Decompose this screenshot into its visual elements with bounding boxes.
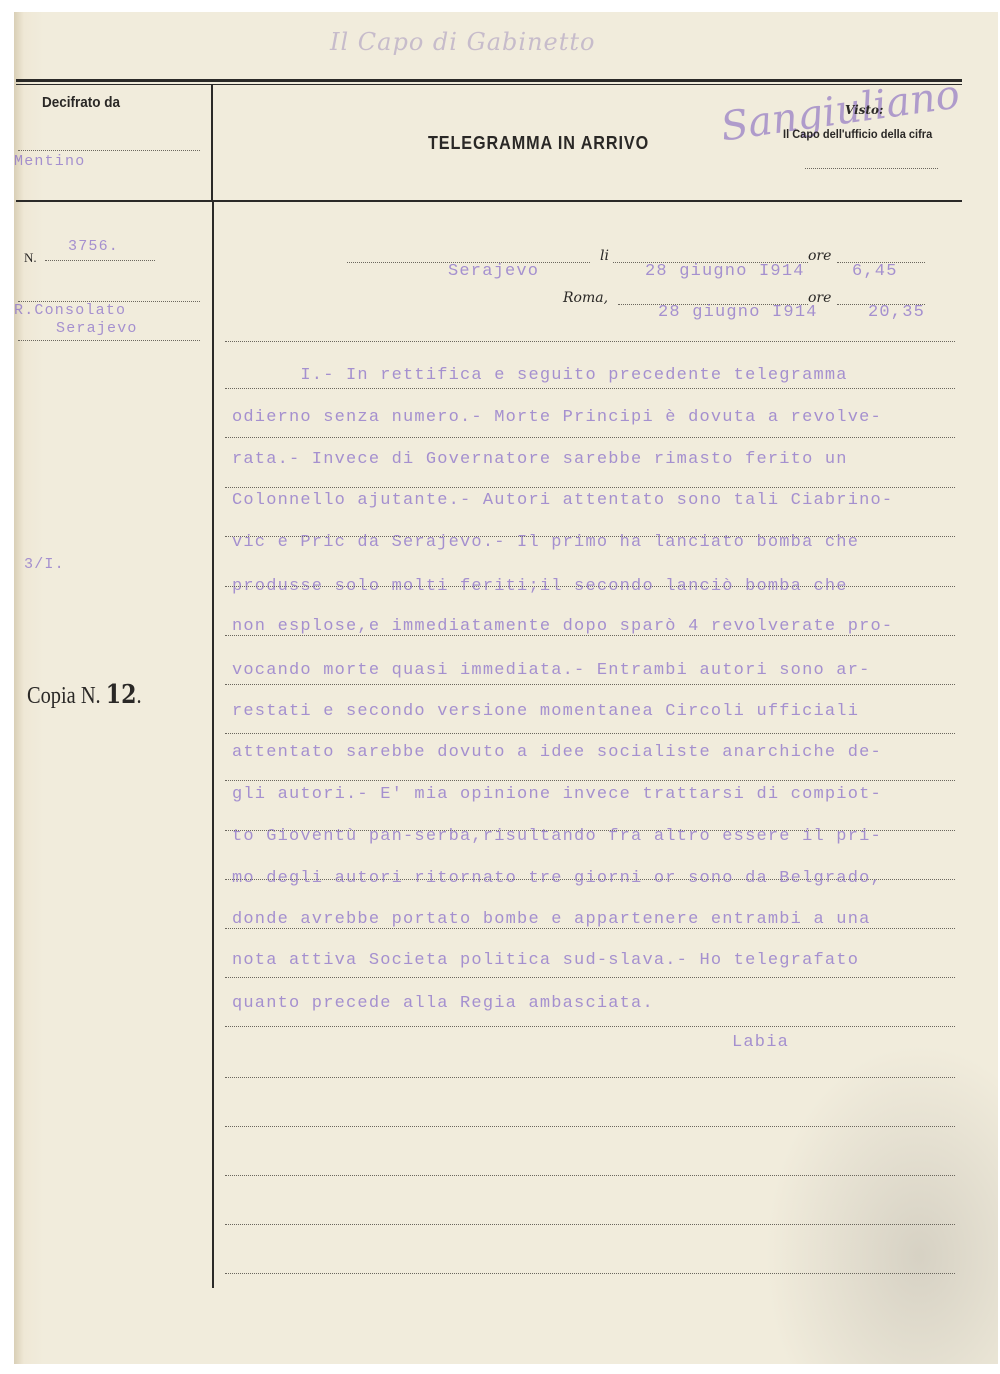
- body-line: odierno senza numero.- Morte Principi è …: [232, 408, 882, 427]
- header-body-separator: [225, 341, 955, 342]
- number-value: 3756.: [68, 238, 119, 255]
- arrival-date: 28 giugno I914: [658, 303, 818, 322]
- body-line: Colonnello ajutante.- Autori attentato s…: [232, 491, 893, 510]
- sender-line2: Serajevo: [56, 320, 138, 337]
- origin-ore-label: ore: [808, 248, 831, 264]
- copia-label: Copia N.: [27, 683, 101, 709]
- visto-label: Visto:: [845, 103, 883, 117]
- sender-line1: R.Consolato: [14, 302, 126, 319]
- body-line: nota attiva Societa politica sud-slava.-…: [232, 951, 859, 970]
- body-line: quanto precede alla Regia ambasciata.: [232, 994, 654, 1013]
- capo-signature-line: [805, 168, 938, 169]
- body-line: vocando morte quasi immediata.- Entrambi…: [232, 661, 871, 680]
- column-divider: [212, 202, 214, 1288]
- copia-number: Copia N. 12.: [27, 680, 142, 710]
- number-field-line: [45, 260, 155, 261]
- copia-value: 12: [106, 680, 137, 710]
- capo-ufficio-label: Il Capo dell'ufficio della cifra: [783, 127, 932, 141]
- form-title: TELEGRAMMA IN ARRIVO: [428, 133, 649, 154]
- decifrato-label: Decifrato da: [42, 94, 120, 111]
- arrival-ore-label: ore: [808, 290, 831, 306]
- origin-place: Serajevo: [448, 262, 539, 281]
- decifrato-field-line: [18, 150, 200, 151]
- body-line: I.- In rettifica e seguito precedente te…: [232, 366, 848, 385]
- arrival-time: 20,35: [868, 303, 925, 322]
- reference-code: 3/I.: [24, 556, 65, 573]
- header-bottom-rule: [16, 200, 962, 202]
- header-annotation: Il Capo di Gabinetto: [330, 28, 595, 56]
- header-divider: [211, 84, 213, 200]
- body-line: gli autori.- E' mia opinione invece trat…: [232, 785, 882, 804]
- body-line: rata.- Invece di Governatore sarebbe rim…: [232, 450, 848, 469]
- top-rule-thin: [16, 84, 962, 85]
- origin-date: 28 giugno I914: [645, 262, 805, 281]
- origin-time: 6,45: [852, 262, 898, 281]
- telegram-page: [14, 12, 998, 1364]
- sender-bottom-line: [18, 340, 200, 341]
- number-label: N.: [24, 250, 37, 266]
- body-line: donde avrebbe portato bombe e appartener…: [232, 910, 871, 929]
- signoff: Labia: [732, 1033, 789, 1052]
- arrival-place-label: Roma,: [563, 290, 608, 306]
- body-line: non esplose,e immediatamente dopo sparò …: [232, 617, 893, 636]
- decifrato-value: Mentino: [14, 153, 85, 170]
- li-label: li: [600, 248, 609, 264]
- body-line: restati e secondo versione momentanea Ci…: [232, 702, 859, 721]
- body-line: attentato sarebbe dovuto a idee socialis…: [232, 743, 882, 762]
- top-rule: [16, 79, 962, 82]
